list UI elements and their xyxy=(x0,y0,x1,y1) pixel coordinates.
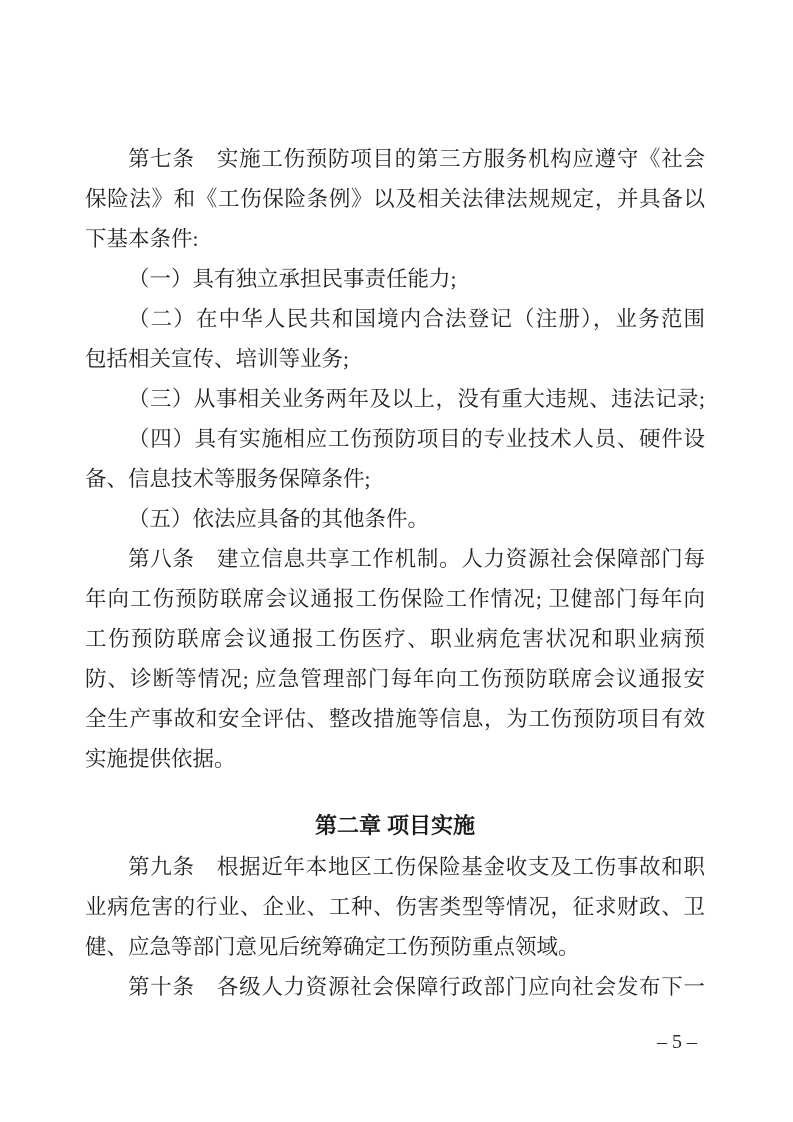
document-page: 第七条 实施工伤预防项目的第三方服务机构应遵守《社会 保险法》和《工伤保险条例》… xyxy=(0,0,793,1122)
text-line: 包括相关宣传、培训等业务; xyxy=(85,339,705,379)
text-line: 第七条 实施工伤预防项目的第三方服务机构应遵守《社会 xyxy=(85,139,705,179)
text-line: 防、诊断等情况; 应急管理部门每年向工伤预防联席会议通报安 xyxy=(85,659,705,699)
list-item: （五）依法应具备的其他条件。 xyxy=(85,499,705,539)
list-item: （一）具有独立承担民事责任能力; xyxy=(85,259,705,299)
text-line: 下基本条件: xyxy=(85,219,705,259)
text-line: 保险法》和《工伤保险条例》以及相关法律法规规定，并具备以 xyxy=(85,179,705,219)
list-item: （二）在中华人民共和国境内合法登记（注册），业务范围 xyxy=(85,299,705,339)
text-line: 健、应急等部门意见后统筹确定工伤预防重点领域。 xyxy=(85,927,705,967)
text-line: 业病危害的行业、企业、工种、伤害类型等情况，征求财政、卫 xyxy=(85,887,705,927)
page-number: – 5 – xyxy=(657,1030,697,1054)
chapter-heading: 第二章 项目实施 xyxy=(85,805,705,847)
text-line: 工伤预防联席会议通报工伤医疗、职业病危害状况和职业病预 xyxy=(85,619,705,659)
text-line: 第九条 根据近年本地区工伤保险基金收支及工伤事故和职 xyxy=(85,847,705,887)
list-item: （三）从事相关业务两年及以上，没有重大违规、违法记录; xyxy=(85,379,705,419)
text-line: 实施提供依据。 xyxy=(85,739,705,779)
text-line: 第八条 建立信息共享工作机制。人力资源社会保障部门每 xyxy=(85,539,705,579)
text-line: 全生产事故和安全评估、整改措施等信息，为工伤预防项目有效 xyxy=(85,699,705,739)
text-line: 备、信息技术等服务保障条件; xyxy=(85,459,705,499)
list-item: （四）具有实施相应工伤预防项目的专业技术人员、硬件设 xyxy=(85,419,705,459)
document-body: 第七条 实施工伤预防项目的第三方服务机构应遵守《社会 保险法》和《工伤保险条例》… xyxy=(85,139,705,1007)
text-line: 第十条 各级人力资源社会保障行政部门应向社会发布下一 xyxy=(85,967,705,1007)
text-line: 年向工伤预防联席会议通报工伤保险工作情况; 卫健部门每年向 xyxy=(85,579,705,619)
